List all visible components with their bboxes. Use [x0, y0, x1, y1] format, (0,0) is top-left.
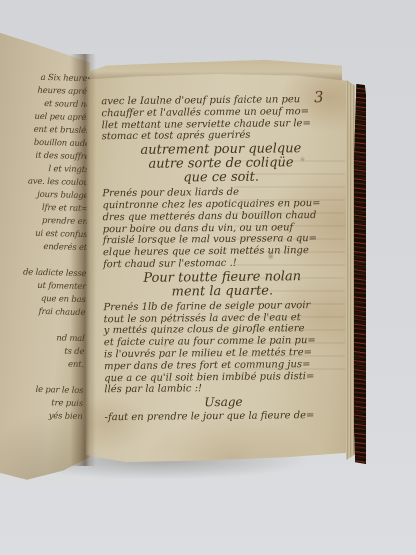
left-page: a Six heures heures aprés et sourd ne ue… — [0, 26, 90, 482]
recipe-heading-line: Usage — [104, 395, 342, 410]
recipe-paragraph: avec le Iaulne d'oeuf puis faicte un peu… — [101, 94, 339, 144]
book-cover-edge — [354, 84, 366, 464]
recipe-heading-line: que ce soit. — [102, 170, 340, 186]
recipe-heading: autrement pour quelque autre sorte de co… — [102, 142, 340, 186]
recipe-heading-line: ment la quarte. — [103, 284, 341, 300]
page-fore-edge — [346, 78, 355, 462]
manuscript-line: Prenés 1lb de farine de seigle pour avoi… — [103, 300, 341, 314]
recipe-paragraph: -faut en prendre le jour que la fieure d… — [105, 410, 343, 424]
manuscript-line: dres que metterés dans du bouillon chaud — [103, 210, 341, 224]
manuscript-line: -faut en prendre le jour que la fieure d… — [105, 410, 343, 424]
recipe-paragraph: Prenés 1lb de farine de seigle pour avoi… — [103, 300, 342, 397]
left-page-text: a Six heures heures aprés et sourd ne ue… — [0, 71, 92, 424]
recipe-paragraph: Prenés pour deux liards de quintronne ch… — [102, 186, 341, 271]
manuscript-line: fort chaud sur l'estomac .! — [103, 257, 341, 271]
usage-heading: Usage — [104, 395, 342, 410]
manuscript-photo: a Six heures heures aprés et sourd ne ue… — [0, 0, 416, 555]
left-text-fragment: yés bien — [0, 409, 83, 424]
right-page: 3 avec le Iaulne d'oeuf puis faicte un p… — [86, 74, 350, 462]
right-page-text: avec le Iaulne d'oeuf puis faicte un peu… — [101, 94, 342, 424]
recipe-heading: Pour toutte fieure nolan ment la quarte. — [103, 270, 341, 300]
